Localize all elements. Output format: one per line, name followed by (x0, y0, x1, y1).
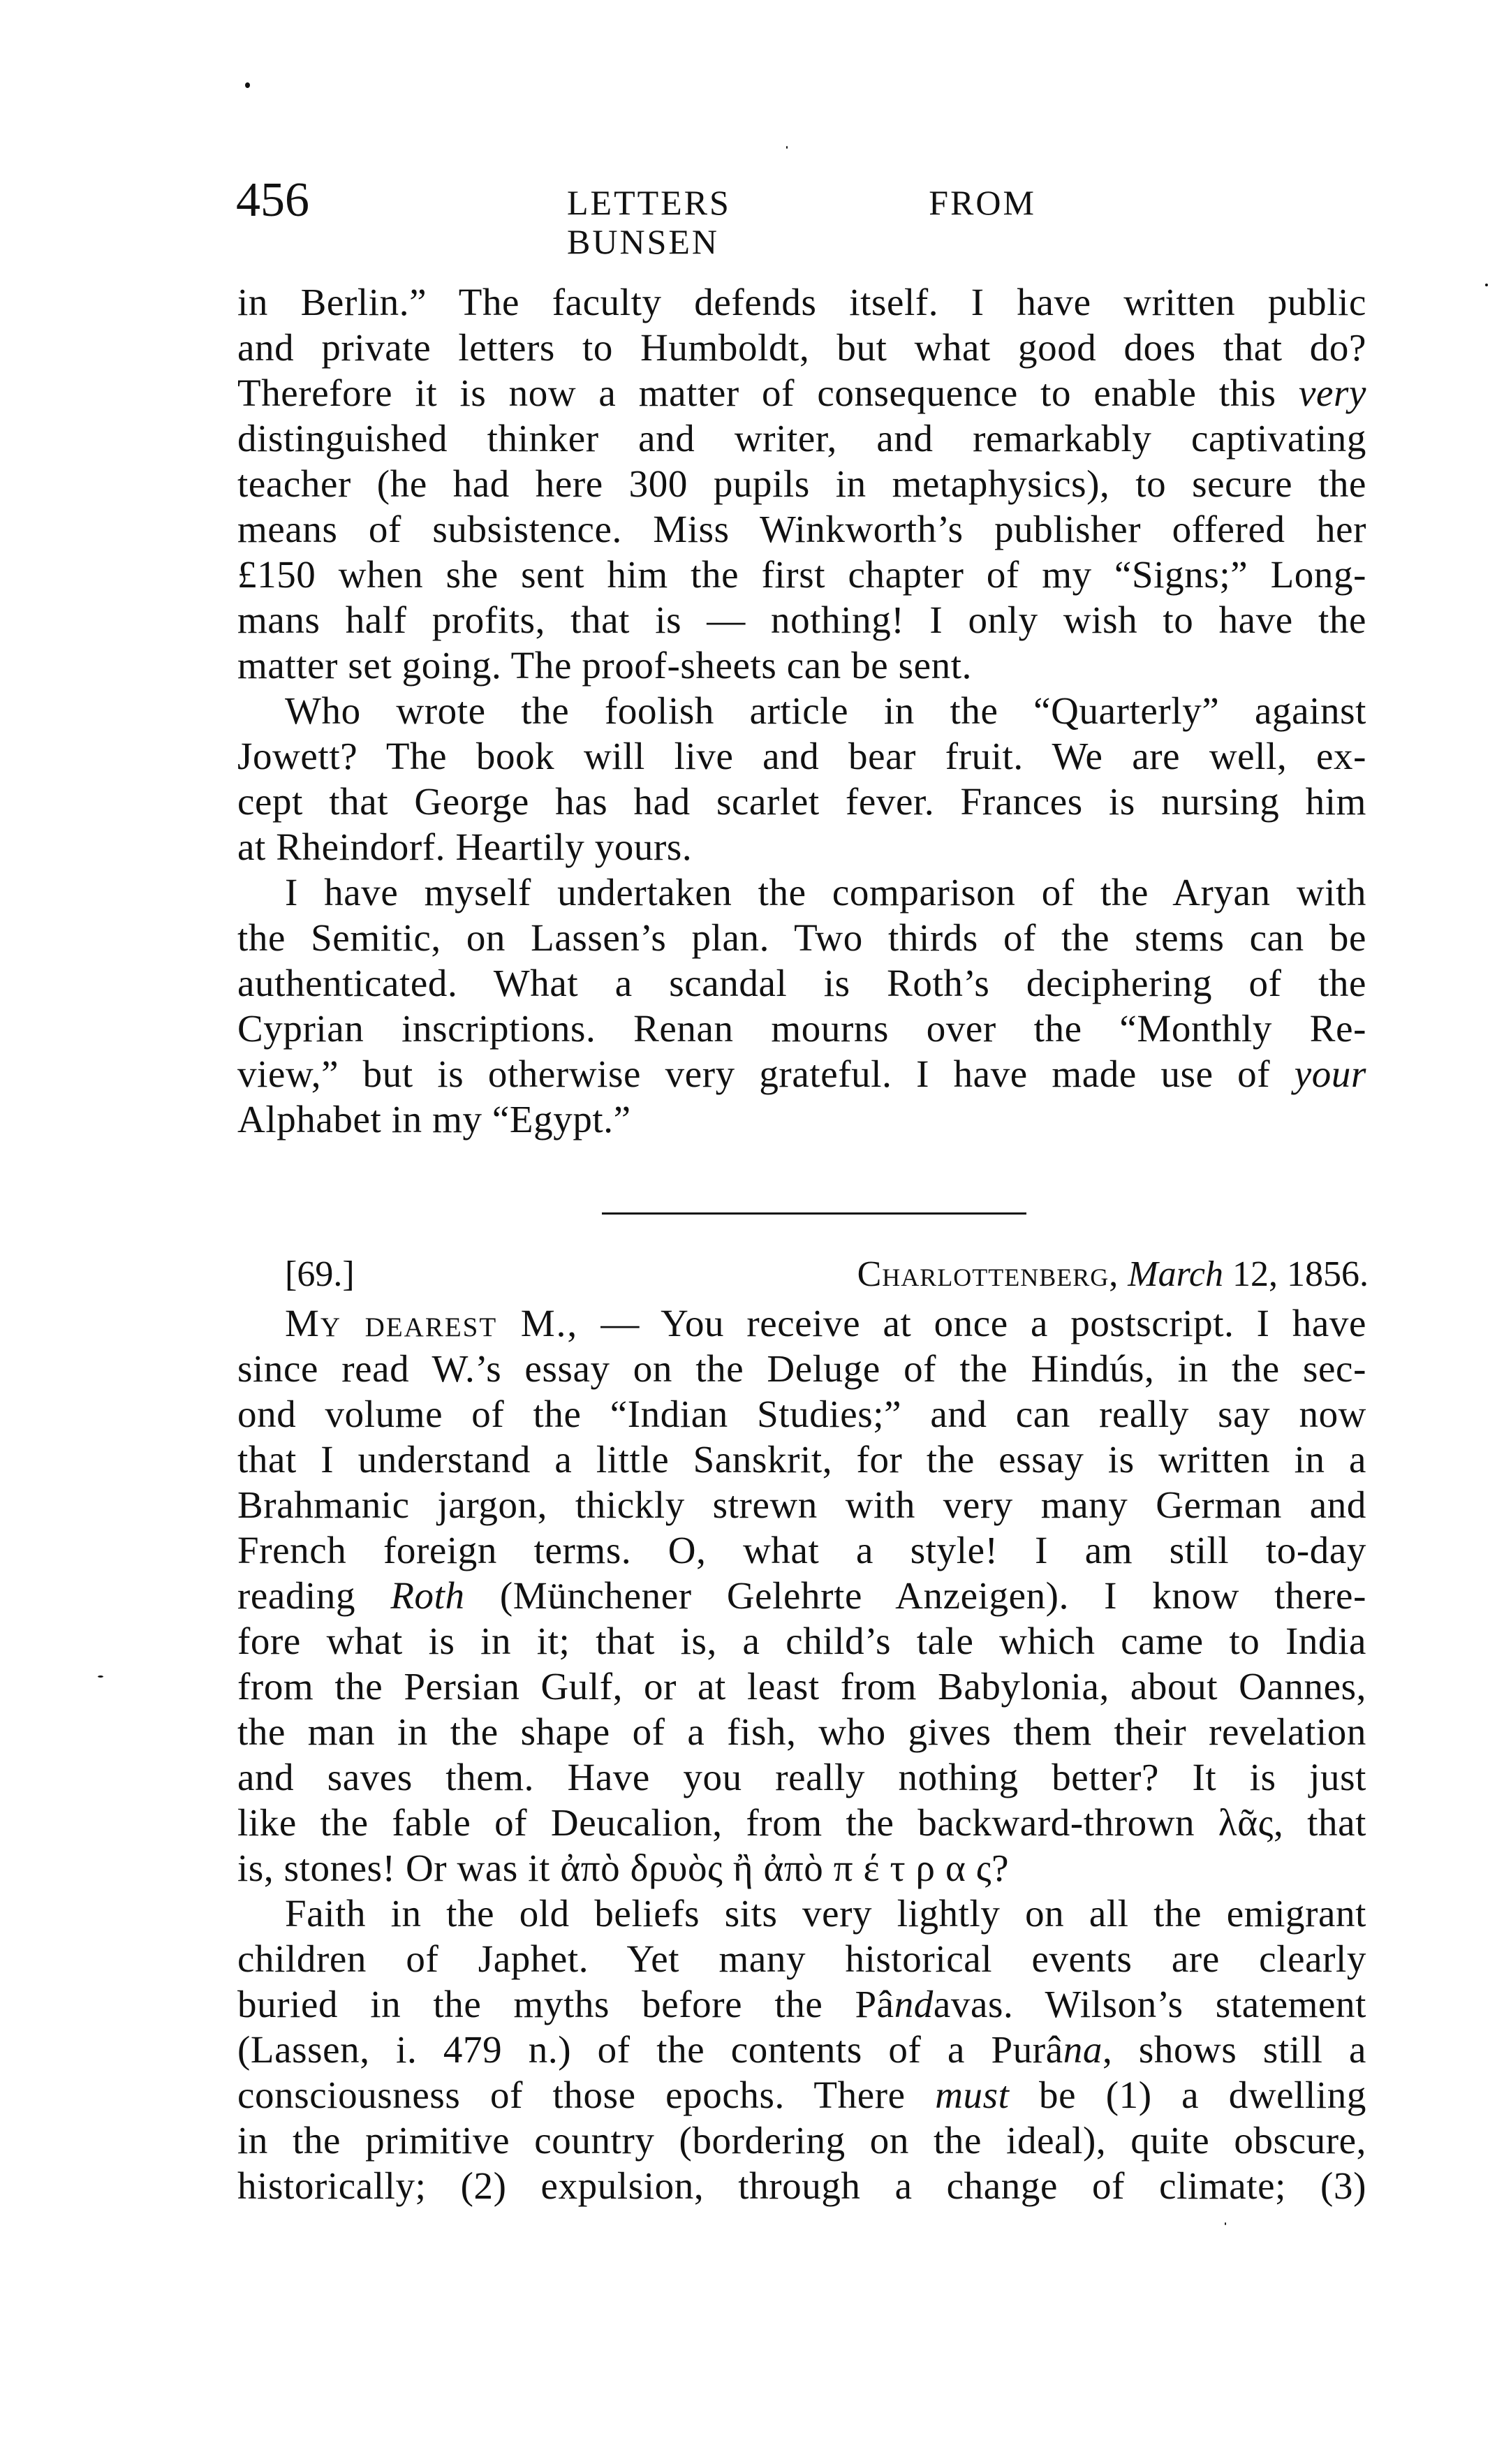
emphasis: your (1295, 1053, 1366, 1095)
text-line: historically; (2) expulsion, through a c… (237, 2163, 1366, 2208)
letter-number: [69.] (285, 1252, 355, 1297)
text-line: matter set going. The proof-sheets can b… (237, 643, 1366, 688)
section-divider (602, 1212, 1026, 1215)
text-line: at Rheindorf. Heartily yours. (237, 824, 1366, 870)
salutation: My dearest M., (285, 1302, 578, 1344)
text-line: French foreign terms. O, what a style! I… (237, 1527, 1366, 1573)
text-line: My dearest M., — You receive at once a p… (285, 1300, 1366, 1346)
text-line: teacher (he had here 300 pupils in metap… (237, 461, 1366, 506)
text-run: be (1) a dwelling (1010, 2074, 1367, 2116)
letter-place: Charlottenberg, (857, 1254, 1119, 1294)
text-run: (Münchener Gelehrte Anzeigen). I know th… (465, 1574, 1366, 1617)
text-line: in Berlin.” The faculty defends itself. … (237, 279, 1366, 325)
text-line: since read W.’s essay on the Deluge of t… (237, 1346, 1366, 1391)
book-page: 456 LETTERS FROM BUNSEN in Berlin.” The … (0, 0, 1497, 2464)
text-line: distinguished thinker and writer, and re… (237, 416, 1366, 461)
text-line: reading Roth (Münchener Gelehrte Anzeige… (237, 1573, 1366, 1618)
text-line: I have myself undertaken the comparison … (285, 870, 1366, 915)
text-line: that I understand a little Sanskrit, for… (237, 1437, 1366, 1482)
emphasis: must (935, 2074, 1009, 2116)
text-line: means of subsistence. Miss Winkworth’s p… (237, 506, 1366, 552)
running-head: LETTERS FROM BUNSEN (567, 183, 1036, 261)
text-line: is, stones! Or was it ἀπὸ δρυὸς ἢ ἀπὸ π … (237, 1845, 1366, 1891)
text-line: the man in the shape of a fish, who give… (237, 1709, 1366, 1754)
text-line: the Semitic, on Lassen’s plan. Two third… (237, 915, 1366, 960)
text-line: like the fable of Deucalion, from the ba… (237, 1800, 1366, 1845)
text-line: buried in the myths before the Pândavas.… (237, 1981, 1366, 2027)
letter-date: 12, 1856. (1232, 1254, 1369, 1294)
text-line: £150 when she sent him the first chapter… (237, 552, 1366, 597)
text-run: Therefore it is now a matter of conseque… (237, 372, 1299, 414)
text-line: Brahmanic jargon, thickly strewn with ve… (237, 1482, 1366, 1527)
text-line: view,” but is otherwise very grateful. I… (237, 1051, 1366, 1097)
text-line: fore what is in it; that is, a child’s t… (237, 1618, 1366, 1664)
print-speck (245, 82, 250, 88)
text-line: authenticated. What a scandal is Roth’s … (237, 960, 1366, 1006)
emphasis: very (1299, 372, 1366, 414)
text-line: consciousness of those epochs. There mus… (237, 2072, 1366, 2118)
letter-dateline: Charlottenberg, March 12, 1856. (857, 1252, 1369, 1297)
text-run: consciousness of those epochs. There (237, 2074, 935, 2116)
page-number: 456 (236, 176, 309, 225)
text-line: in the primitive country (bordering on t… (237, 2118, 1366, 2163)
text-run: , shows still a (1103, 2028, 1366, 2071)
emphasis: na (1063, 2028, 1103, 2071)
text-line: (Lassen, i. 479 n.) of the contents of a… (237, 2027, 1366, 2072)
print-speck (98, 1675, 103, 1678)
text-run: buried in the myths before the Pâ (237, 1983, 894, 2025)
emphasis: Roth (390, 1574, 464, 1617)
print-speck (1225, 2222, 1226, 2225)
print-speck (786, 146, 788, 149)
print-speck (1485, 284, 1488, 286)
text-line: Alphabet in my “Egypt.” (237, 1097, 1366, 1142)
emphasis: nd (894, 1983, 934, 2025)
text-run: — You receive at once a postscript. I ha… (600, 1302, 1366, 1344)
text-line: Cyprian inscriptions. Renan mourns over … (237, 1006, 1366, 1051)
letter-month: March (1128, 1254, 1223, 1294)
text-line: mans half profits, that is — nothing! I … (237, 597, 1366, 643)
text-line: ond volume of the “Indian Studies;” and … (237, 1391, 1366, 1437)
text-line: cept that George has had scarlet fever. … (237, 779, 1366, 824)
text-line: Jowett? The book will live and bear frui… (237, 733, 1366, 779)
text-run: reading (237, 1574, 390, 1617)
text-line: Faith in the old beliefs sits very light… (285, 1891, 1366, 1936)
text-run: (Lassen, i. 479 n.) of the contents of a… (237, 2028, 1063, 2071)
text-line: Who wrote the foolish article in the “Qu… (285, 688, 1366, 733)
text-line: and private letters to Humboldt, but wha… (237, 325, 1366, 370)
text-run: view,” but is otherwise very grateful. I… (237, 1053, 1295, 1095)
text-line: from the Persian Gulf, or at least from … (237, 1664, 1366, 1709)
text-run: avas. Wilson’s statement (934, 1983, 1366, 2025)
text-line: Therefore it is now a matter of conseque… (237, 370, 1366, 416)
text-line: and saves them. Have you really nothing … (237, 1754, 1366, 1800)
text-line: children of Japhet. Yet many historical … (237, 1936, 1366, 1981)
